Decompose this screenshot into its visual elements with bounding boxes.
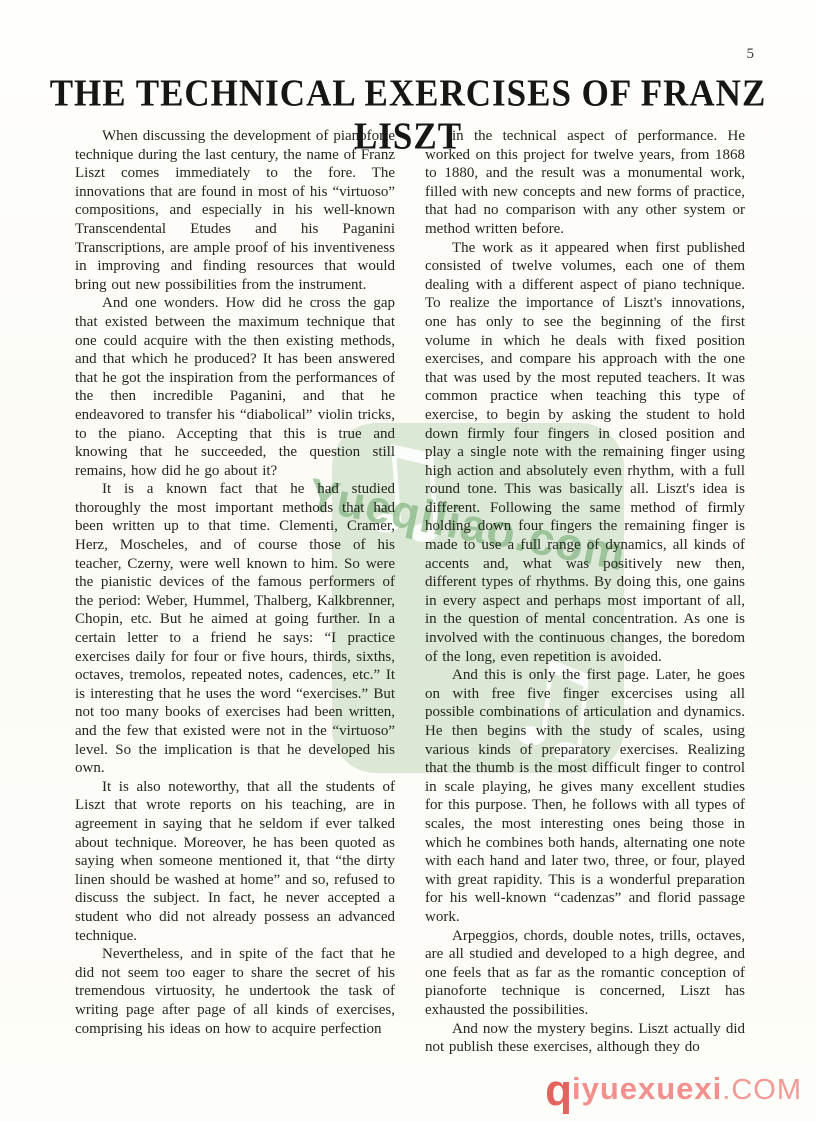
right-column: in the technical aspect of performance. … bbox=[425, 127, 745, 1057]
page-title: THE TECHNICAL EXERCISES OF FRANZ LISZT bbox=[0, 72, 816, 158]
scanned-page-background: 5 THE TECHNICAL EXERCISES OF FRANZ LISZT… bbox=[0, 0, 816, 1121]
paragraph: It is a known fact that he had studied t… bbox=[75, 480, 395, 778]
watermark-site-name: iyuexuexi bbox=[572, 1071, 722, 1106]
left-column: When discussing the development of piano… bbox=[75, 127, 395, 1057]
watermark-q-letter: q bbox=[545, 1066, 572, 1115]
paragraph: And one wonders. How did he cross the ga… bbox=[75, 294, 395, 480]
paragraph: It is also noteworthy, that all the stud… bbox=[75, 778, 395, 945]
paragraph: And this is only the first page. Later, … bbox=[425, 666, 745, 926]
paragraph: Nevertheless, and in spite of the fact t… bbox=[75, 945, 395, 1038]
bottom-right-watermark: qiyuexuexi.COM bbox=[545, 1066, 802, 1116]
page-number: 5 bbox=[747, 46, 755, 63]
watermark-site-tld: .COM bbox=[722, 1074, 802, 1106]
paragraph: Arpeggios, chords, double notes, trills,… bbox=[425, 927, 745, 1020]
paragraph: The work as it appeared when first publi… bbox=[425, 239, 745, 667]
paragraph: And now the mystery begins. Liszt actual… bbox=[425, 1020, 745, 1057]
article-body: When discussing the development of piano… bbox=[75, 127, 745, 1057]
